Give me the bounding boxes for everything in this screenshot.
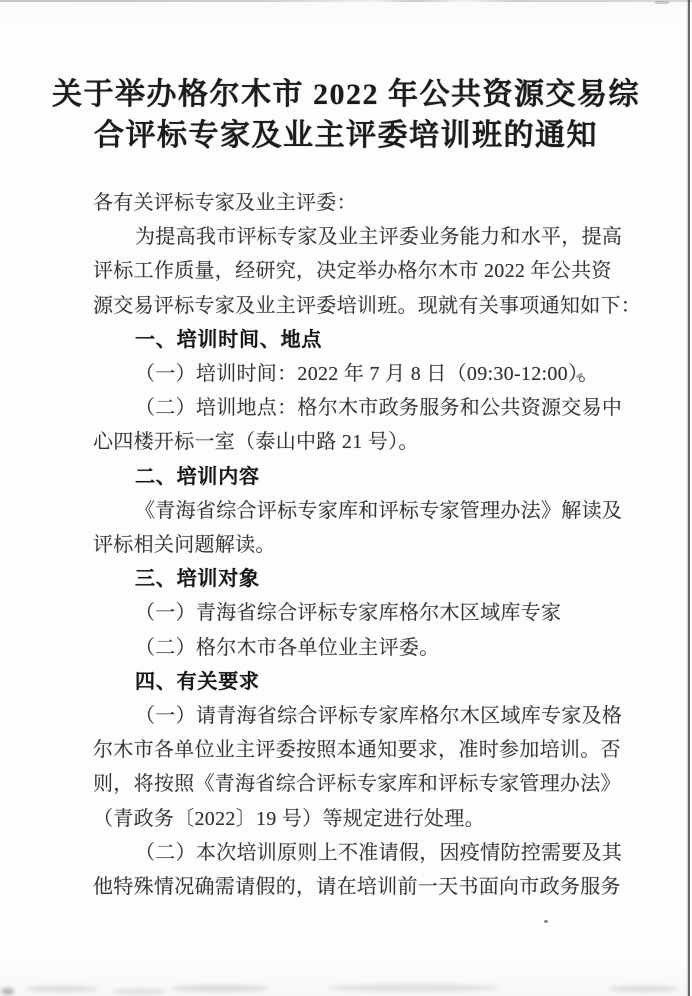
scan-bottom-smudge — [26, 986, 98, 992]
text-line: （二）格尔木市各单位业主评委。 — [93, 631, 623, 665]
text-line: 则，将按照《青海省综合评标专家库和评标专家管理办法》 — [93, 767, 623, 801]
section-heading: 三、培训对象 — [93, 562, 623, 596]
scanned-notice-page: 关于举办格尔木市 2022 年公共资源交易综 合评标专家及业主评委培训班的通知 … — [0, 0, 692, 996]
scan-top-edge — [0, 0, 692, 2]
text-line: 尔木市各单位业主评委按照本通知要求，准时参加培训。否 — [93, 733, 623, 767]
scan-bottom-smudge — [112, 989, 167, 994]
section-heading: 二、培训内容 — [93, 460, 623, 494]
text-line: （青政务〔2022〕19 号）等规定进行处理。 — [93, 802, 623, 836]
text-line: 评标工作质量，经研究，决定举办格尔木市 2022 年公共资 — [93, 254, 623, 288]
scan-bottom-smudge — [1, 988, 14, 995]
scan-bottom-smudge — [328, 984, 500, 992]
section-heading: 四、有关要求 — [93, 665, 623, 699]
text-line: 《青海省综合评标专家库和评标专家管理办法》解读及 — [93, 494, 623, 528]
text-line: 为提高我市评标专家及业主评委业务能力和水平，提高 — [93, 220, 623, 254]
text-line: 各有关评标专家及业主评委： — [93, 186, 623, 220]
text-line: （一）青海省综合评标专家库格尔木区域库专家 — [93, 596, 623, 630]
section-heading: 一、培训时间、地点 — [93, 323, 623, 357]
ink-speck — [655, 1, 669, 4]
scan-bottom-smudge — [172, 985, 268, 992]
title-line: 合评标专家及业主评委培训班的通知 — [0, 115, 692, 156]
text-line: 他特殊情况确需请假的，请在培训前一天书面向市政务服务 — [93, 870, 623, 904]
document-body: 各有关评标专家及业主评委：为提高我市评标专家及业主评委业务能力和水平，提高评标工… — [93, 186, 623, 904]
text-line: （二）本次培训原则上不准请假，因疫情防控需要及其 — [93, 836, 623, 870]
text-line: （一）请青海省综合评标专家库格尔木区域库专家及格 — [93, 699, 623, 733]
text-line: 心四楼开标一室（泰山中路 21 号）。 — [93, 425, 623, 459]
ink-speck — [544, 920, 548, 923]
text-line: （二）培训地点：格尔木市政务服务和公共资源交易中 — [93, 391, 623, 425]
scan-bottom-smudge — [608, 986, 678, 992]
title-line: 关于举办格尔木市 2022 年公共资源交易综 — [0, 74, 692, 115]
text-line: 评标相关问题解读。 — [93, 528, 623, 562]
text-line: （一）培训时间：2022 年 7 月 8 日（09:30-12:00）。 — [93, 357, 623, 391]
document-title: 关于举办格尔木市 2022 年公共资源交易综 合评标专家及业主评委培训班的通知 — [0, 74, 692, 156]
text-line: 源交易评标专家及业主评委培训班。现就有关事项通知如下： — [93, 289, 623, 323]
